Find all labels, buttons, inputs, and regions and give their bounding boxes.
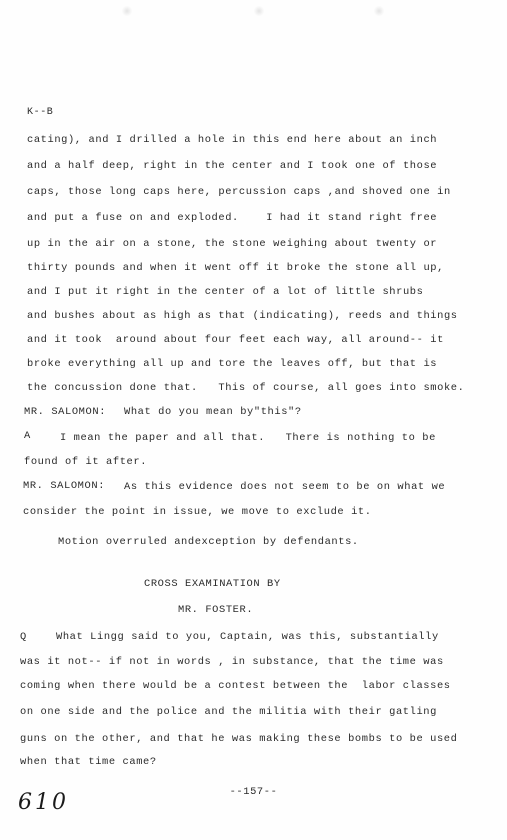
body-line: and it took around about four feet each … bbox=[27, 334, 444, 347]
section-heading: CROSS EXAMINATION BY bbox=[144, 578, 281, 591]
binding-hole-mark bbox=[374, 6, 384, 16]
answer-marker: A bbox=[24, 430, 31, 443]
exchange-text: As this evidence does not seem to be on … bbox=[124, 481, 445, 494]
question-line: What Lingg said to you, Captain, was thi… bbox=[56, 631, 439, 644]
question-line: on one side and the police and the milit… bbox=[20, 706, 437, 719]
body-line: and a half deep, right in the center and… bbox=[27, 160, 437, 173]
question-line: guns on the other, and that he was makin… bbox=[20, 733, 457, 746]
binding-hole-mark bbox=[122, 6, 132, 16]
body-line: caps, those long caps here, percussion c… bbox=[27, 186, 451, 199]
question-line: coming when there would be a contest bet… bbox=[20, 680, 451, 693]
ruling-text: Motion overruled andexception by defenda… bbox=[58, 536, 359, 549]
exchange-text: consider the point in issue, we move to … bbox=[23, 506, 372, 519]
body-line: up in the air on a stone, the stone weig… bbox=[27, 238, 437, 251]
page-number: --157-- bbox=[0, 786, 507, 798]
exchange-speaker: MR. SALOMON: bbox=[23, 480, 105, 493]
handwritten-page-annotation: 610 bbox=[18, 790, 69, 815]
document-page: K--B cating), and I drilled a hole in th… bbox=[0, 0, 507, 840]
question-line: when that time came? bbox=[20, 756, 157, 769]
body-line: and I put it right in the center of a lo… bbox=[27, 286, 423, 299]
body-line: broke everything all up and tore the lea… bbox=[27, 358, 437, 371]
body-line: cating), and I drilled a hole in this en… bbox=[27, 134, 437, 147]
body-line: and put a fuse on and exploded. I had it… bbox=[27, 212, 437, 225]
exchange-text: What do you mean by"this"? bbox=[124, 406, 302, 419]
binding-hole-mark bbox=[254, 6, 264, 16]
body-line: and bushes about as high as that (indica… bbox=[27, 310, 458, 323]
exchange-text: I mean the paper and all that. There is … bbox=[60, 432, 436, 445]
question-line: was it not-- if not in words , in substa… bbox=[20, 656, 444, 669]
section-examiner: MR. FOSTER. bbox=[178, 604, 253, 617]
question-marker: Q bbox=[20, 631, 27, 644]
body-line: the concussion done that. This of course… bbox=[27, 382, 464, 395]
exchange-speaker: MR. SALOMON: bbox=[24, 406, 106, 419]
body-line: thirty pounds and when it went off it br… bbox=[27, 262, 444, 275]
header-code: K--B bbox=[27, 106, 53, 119]
exchange-text: found of it after. bbox=[24, 456, 147, 469]
